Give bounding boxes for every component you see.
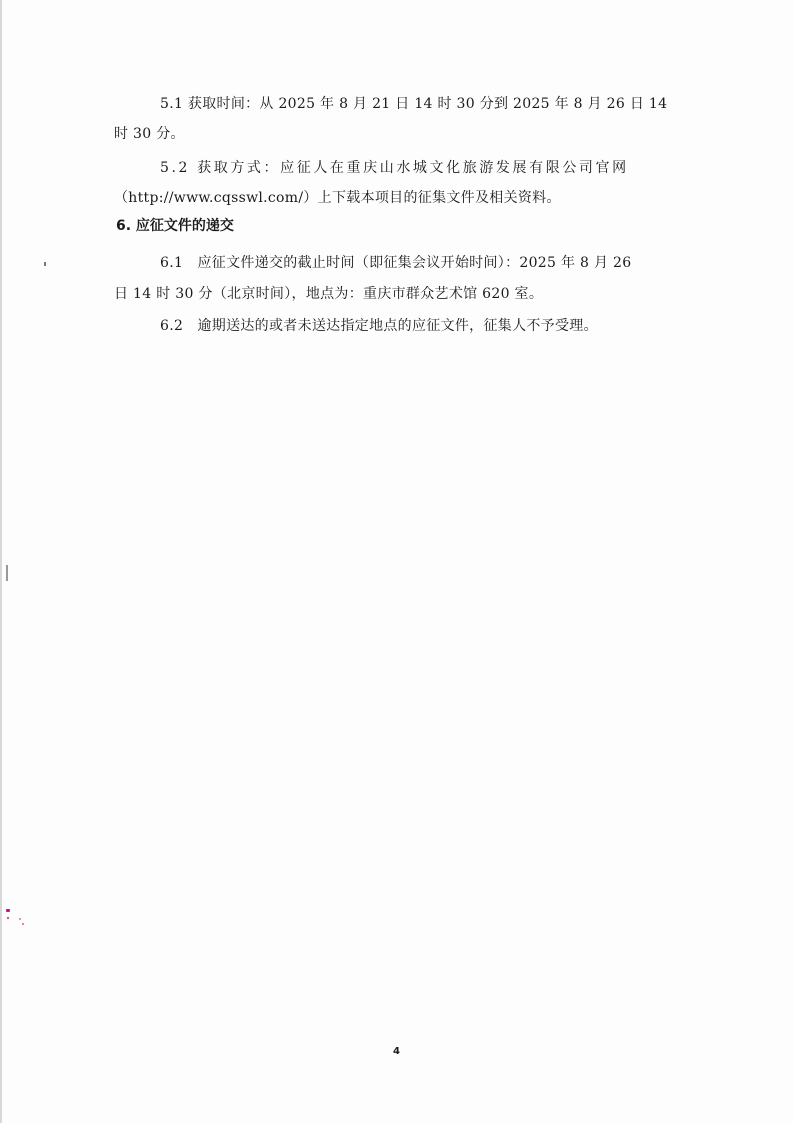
ink-mark [7, 917, 9, 919]
section-5-2-line1: 5.2 获取方式：应征人在重庆山水城文化旅游发展有限公司官网 [160, 158, 629, 178]
ink-mark [22, 923, 24, 925]
section-6-1-line2: 日 14 时 30 分（北京时间），地点为：重庆市群众艺术馆 620 室。 [114, 284, 543, 304]
scan-speck [44, 262, 46, 266]
section-5-1-line1: 5.1 获取时间：从 2025 年 8 月 21 日 14 时 30 分到 20… [160, 94, 667, 114]
section-6-heading: 6. 应征文件的递交 [116, 215, 234, 235]
scan-speck [6, 565, 8, 581]
page-edge [0, 0, 2, 1123]
section-6-1-line1: 6.1 应征文件递交的截止时间（即征集会议开始时间）：2025 年 8 月 26 [160, 253, 631, 273]
page-number: 4 [393, 1046, 400, 1057]
section-6-2-line1: 6.2 逾期送达的或者未送达指定地点的应征文件，征集人不予受理。 [160, 316, 598, 336]
ink-mark [19, 918, 21, 920]
ink-mark [6, 909, 10, 912]
section-5-1-line2: 时 30 分。 [114, 124, 185, 144]
section-5-2-line2: （http://www.cqsswl.com/）上下载本项目的征集文件及相关资料… [114, 188, 561, 208]
